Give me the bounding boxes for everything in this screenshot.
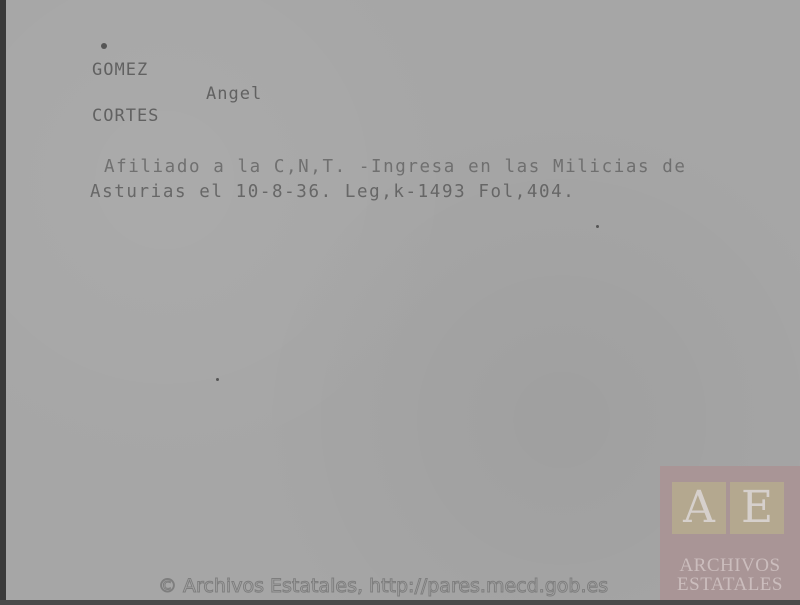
scan-bottom-edge [0,600,800,605]
speck [216,378,219,381]
note-line-1: Afiliado a la C,N,T. -Ingresa en las Mil… [104,157,687,177]
surname-first: GOMEZ [92,60,148,80]
speck [101,43,107,49]
given-name: Angel [206,84,262,104]
note-line-2: Asturias el 10-8-36. Leg,k-1493 Fol,404. [90,182,575,202]
logo-letter-a: A [672,482,726,534]
speck [596,225,599,228]
archivos-estatales-logo: A E ARCHIVOS ESTATALES [660,466,800,600]
surname-second: CORTES [92,106,159,126]
logo-text-line-2: ESTATALES [660,574,800,596]
copyright-notice: © Archivos Estatales, http://pares.mecd.… [158,575,608,597]
logo-letter-e: E [730,482,784,534]
